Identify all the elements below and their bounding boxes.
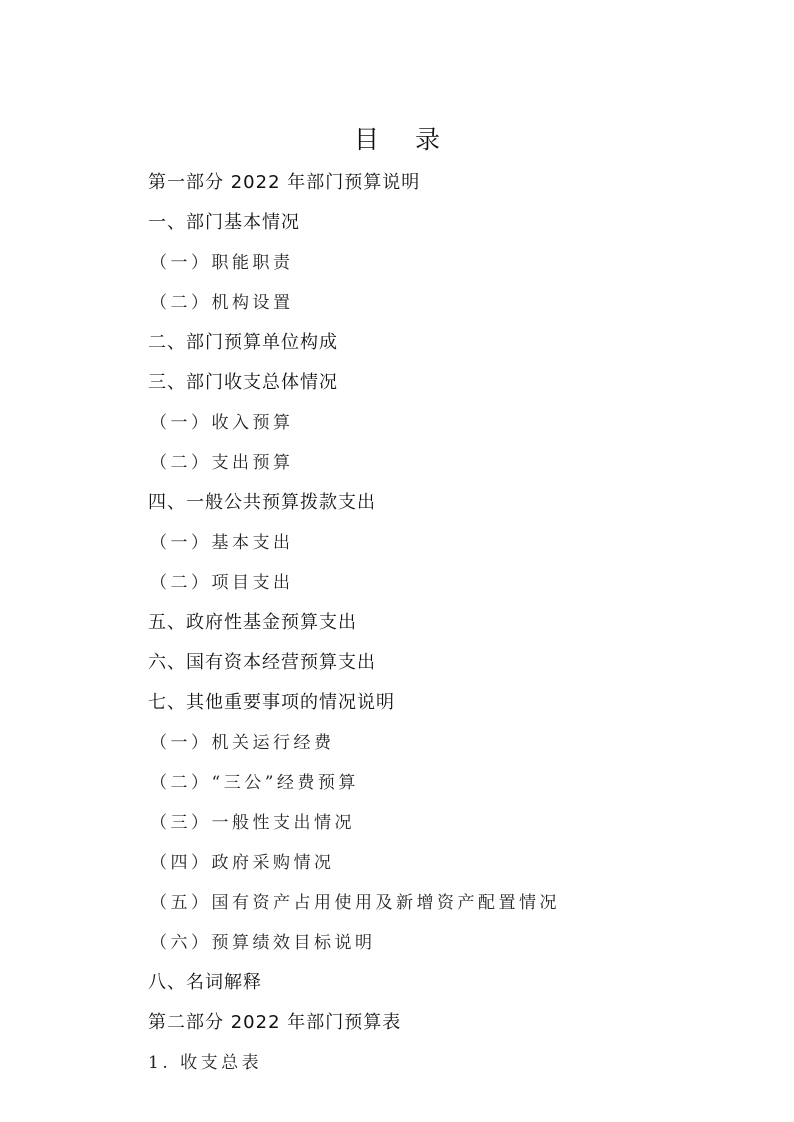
toc-section-6: 六、国有资本经营预算支出 (148, 648, 376, 674)
toc-table-1: 1. 收支总表 (148, 1048, 262, 1073)
toc-sub-7-3: （三）一般性支出情况 (150, 808, 355, 833)
toc-part-1: 第一部分 2022 年部门预算说明 (148, 168, 420, 194)
toc-sub-4-2: （二）项目支出 (150, 568, 294, 593)
toc-sub-3-2: （二）支出预算 (150, 448, 294, 473)
toc-section-5: 五、政府性基金预算支出 (148, 608, 357, 634)
toc-section-4: 四、一般公共预算拨款支出 (148, 488, 376, 514)
toc-title: 目 录 (0, 120, 794, 156)
toc-part-2: 第二部分 2022 年部门预算表 (148, 1008, 401, 1034)
toc-sub-7-6: （六）预算绩效目标说明 (150, 928, 376, 953)
toc-section-7: 七、其他重要事项的情况说明 (148, 688, 395, 714)
toc-sub-7-2: （二）“三公”经费预算 (150, 768, 359, 793)
toc-sub-4-1: （一）基本支出 (150, 528, 294, 553)
toc-sub-7-1: （一）机关运行经费 (150, 728, 335, 753)
toc-sub-7-4: （四）政府采购情况 (150, 848, 335, 873)
toc-sub-1-1: （一）职能职责 (150, 248, 294, 273)
toc-sub-3-1: （一）收入预算 (150, 408, 294, 433)
toc-section-2: 二、部门预算单位构成 (148, 328, 338, 354)
toc-section-1: 一、部门基本情况 (148, 208, 300, 234)
toc-sub-7-5: （五）国有资产占用使用及新增资产配置情况 (150, 888, 560, 913)
toc-section-3: 三、部门收支总体情况 (148, 368, 338, 394)
toc-section-8: 八、名词解释 (148, 968, 262, 994)
toc-sub-1-2: （二）机构设置 (150, 288, 294, 313)
